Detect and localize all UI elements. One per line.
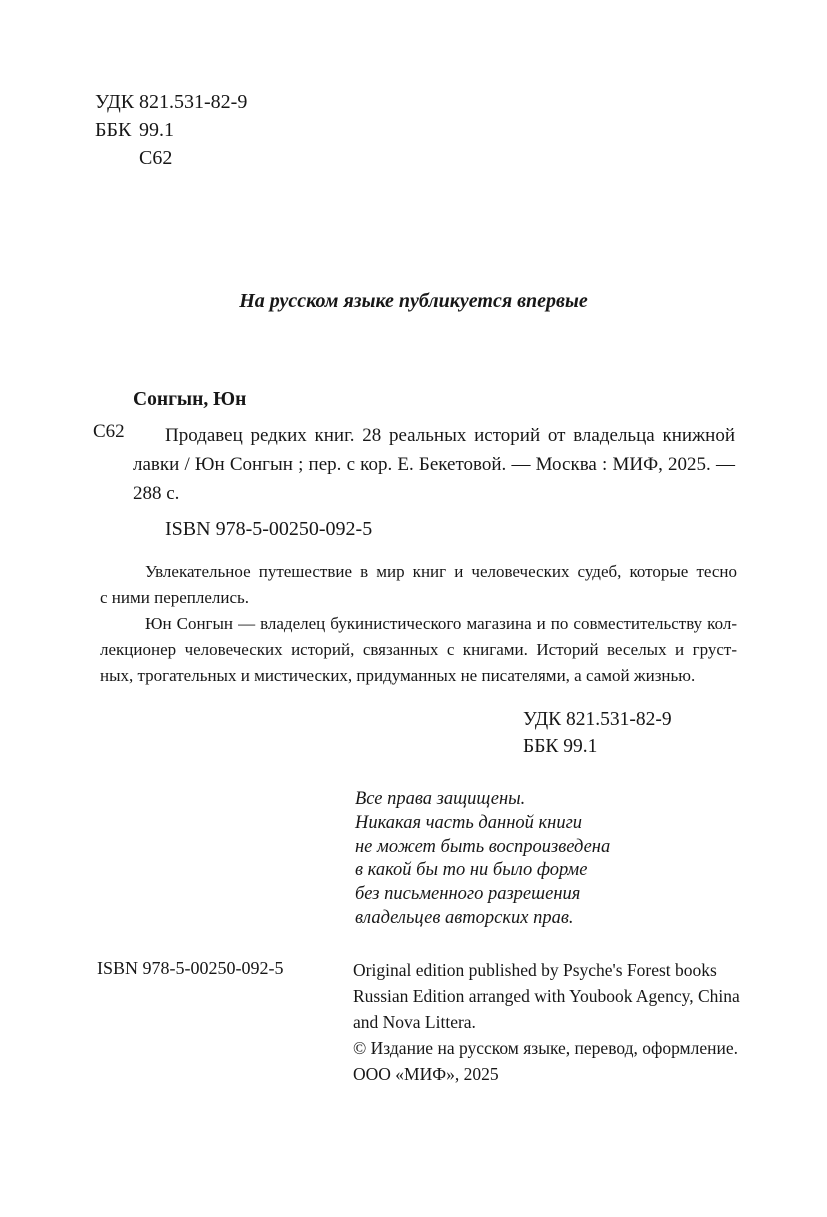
copyright-line: © Издание на русском языке, перевод, офо…	[353, 1035, 763, 1061]
catalog-entry-line: 288 с.	[133, 479, 735, 508]
annotation-line: с ними переплелись.	[100, 585, 737, 611]
copyright-line: Russian Edition arranged with Youbook Ag…	[353, 983, 763, 1009]
rights-notice: Все права защищены. Никакая часть данной…	[355, 788, 610, 931]
rights-line: в какой бы то ни было форме	[355, 859, 610, 883]
udk-label: УДК	[95, 88, 139, 116]
author-heading: Сонгын, Юн	[133, 389, 246, 411]
rights-line: Никакая часть данной книги	[355, 812, 610, 836]
colophon-page: УДК 821.531-82-9 ББК 99.1 С62 На русском…	[0, 0, 827, 1217]
rights-line: владельцев авторских прав.	[355, 907, 610, 931]
rights-line: Все права защищены.	[355, 788, 610, 812]
author-sign-top: С62	[139, 144, 172, 172]
annotation-line: ных, трогательных и мистических, придума…	[100, 663, 737, 689]
bbk-value: 99.1	[139, 116, 174, 144]
catalog-entry: Продавец редких книг. 28 реальных истори…	[133, 421, 735, 508]
rights-line: не может быть воспроизведена	[355, 836, 610, 860]
copyright-line: ООО «МИФ», 2025	[353, 1061, 763, 1087]
top-codes-block: УДК 821.531-82-9 ББК 99.1 С62	[95, 88, 247, 172]
annotation-block: Увлекательное путешествие в мир книг и ч…	[100, 559, 737, 689]
copyright-block: Original edition published by Psyche's F…	[353, 957, 763, 1087]
annotation-line: Увлекательное путешествие в мир книг и ч…	[100, 559, 737, 585]
bbk-row: ББК 99.1	[95, 116, 247, 144]
isbn-bottom: ISBN 978-5-00250-092-5	[97, 958, 284, 979]
annotation-line: Юн Сонгын — владелец букинистического ма…	[100, 611, 737, 637]
annotation-line: лекционер человеческих историй, связанны…	[100, 637, 737, 663]
catalog-entry-line: лавки / Юн Сонгын ; пер. с кор. Е. Бекет…	[133, 450, 735, 479]
udk-row: УДК 821.531-82-9	[95, 88, 247, 116]
isbn-main: ISBN 978-5-00250-092-5	[165, 518, 372, 541]
udk-value: 821.531-82-9	[139, 88, 247, 116]
udk-right: УДК 821.531-82-9	[523, 706, 672, 733]
copyright-line: Original edition published by Psyche's F…	[353, 957, 763, 983]
copyright-line: and Nova Littera.	[353, 1009, 763, 1035]
author-sign-row: С62	[95, 144, 247, 172]
catalog-entry-line: Продавец редких книг. 28 реальных истори…	[133, 421, 735, 450]
author-sign-card: С62	[93, 421, 125, 443]
first-publication-note: На русском языке публикуется впервые	[0, 290, 827, 313]
rights-line: без письменного разрешения	[355, 883, 610, 907]
codes-right-block: УДК 821.531-82-9 ББК 99.1	[523, 706, 672, 760]
bbk-label: ББК	[95, 116, 139, 144]
bbk-right: ББК 99.1	[523, 733, 672, 760]
